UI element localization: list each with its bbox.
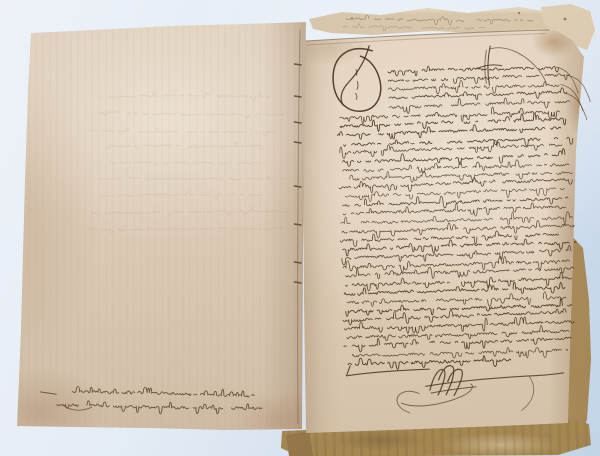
manuscript-photo — [0, 0, 600, 456]
